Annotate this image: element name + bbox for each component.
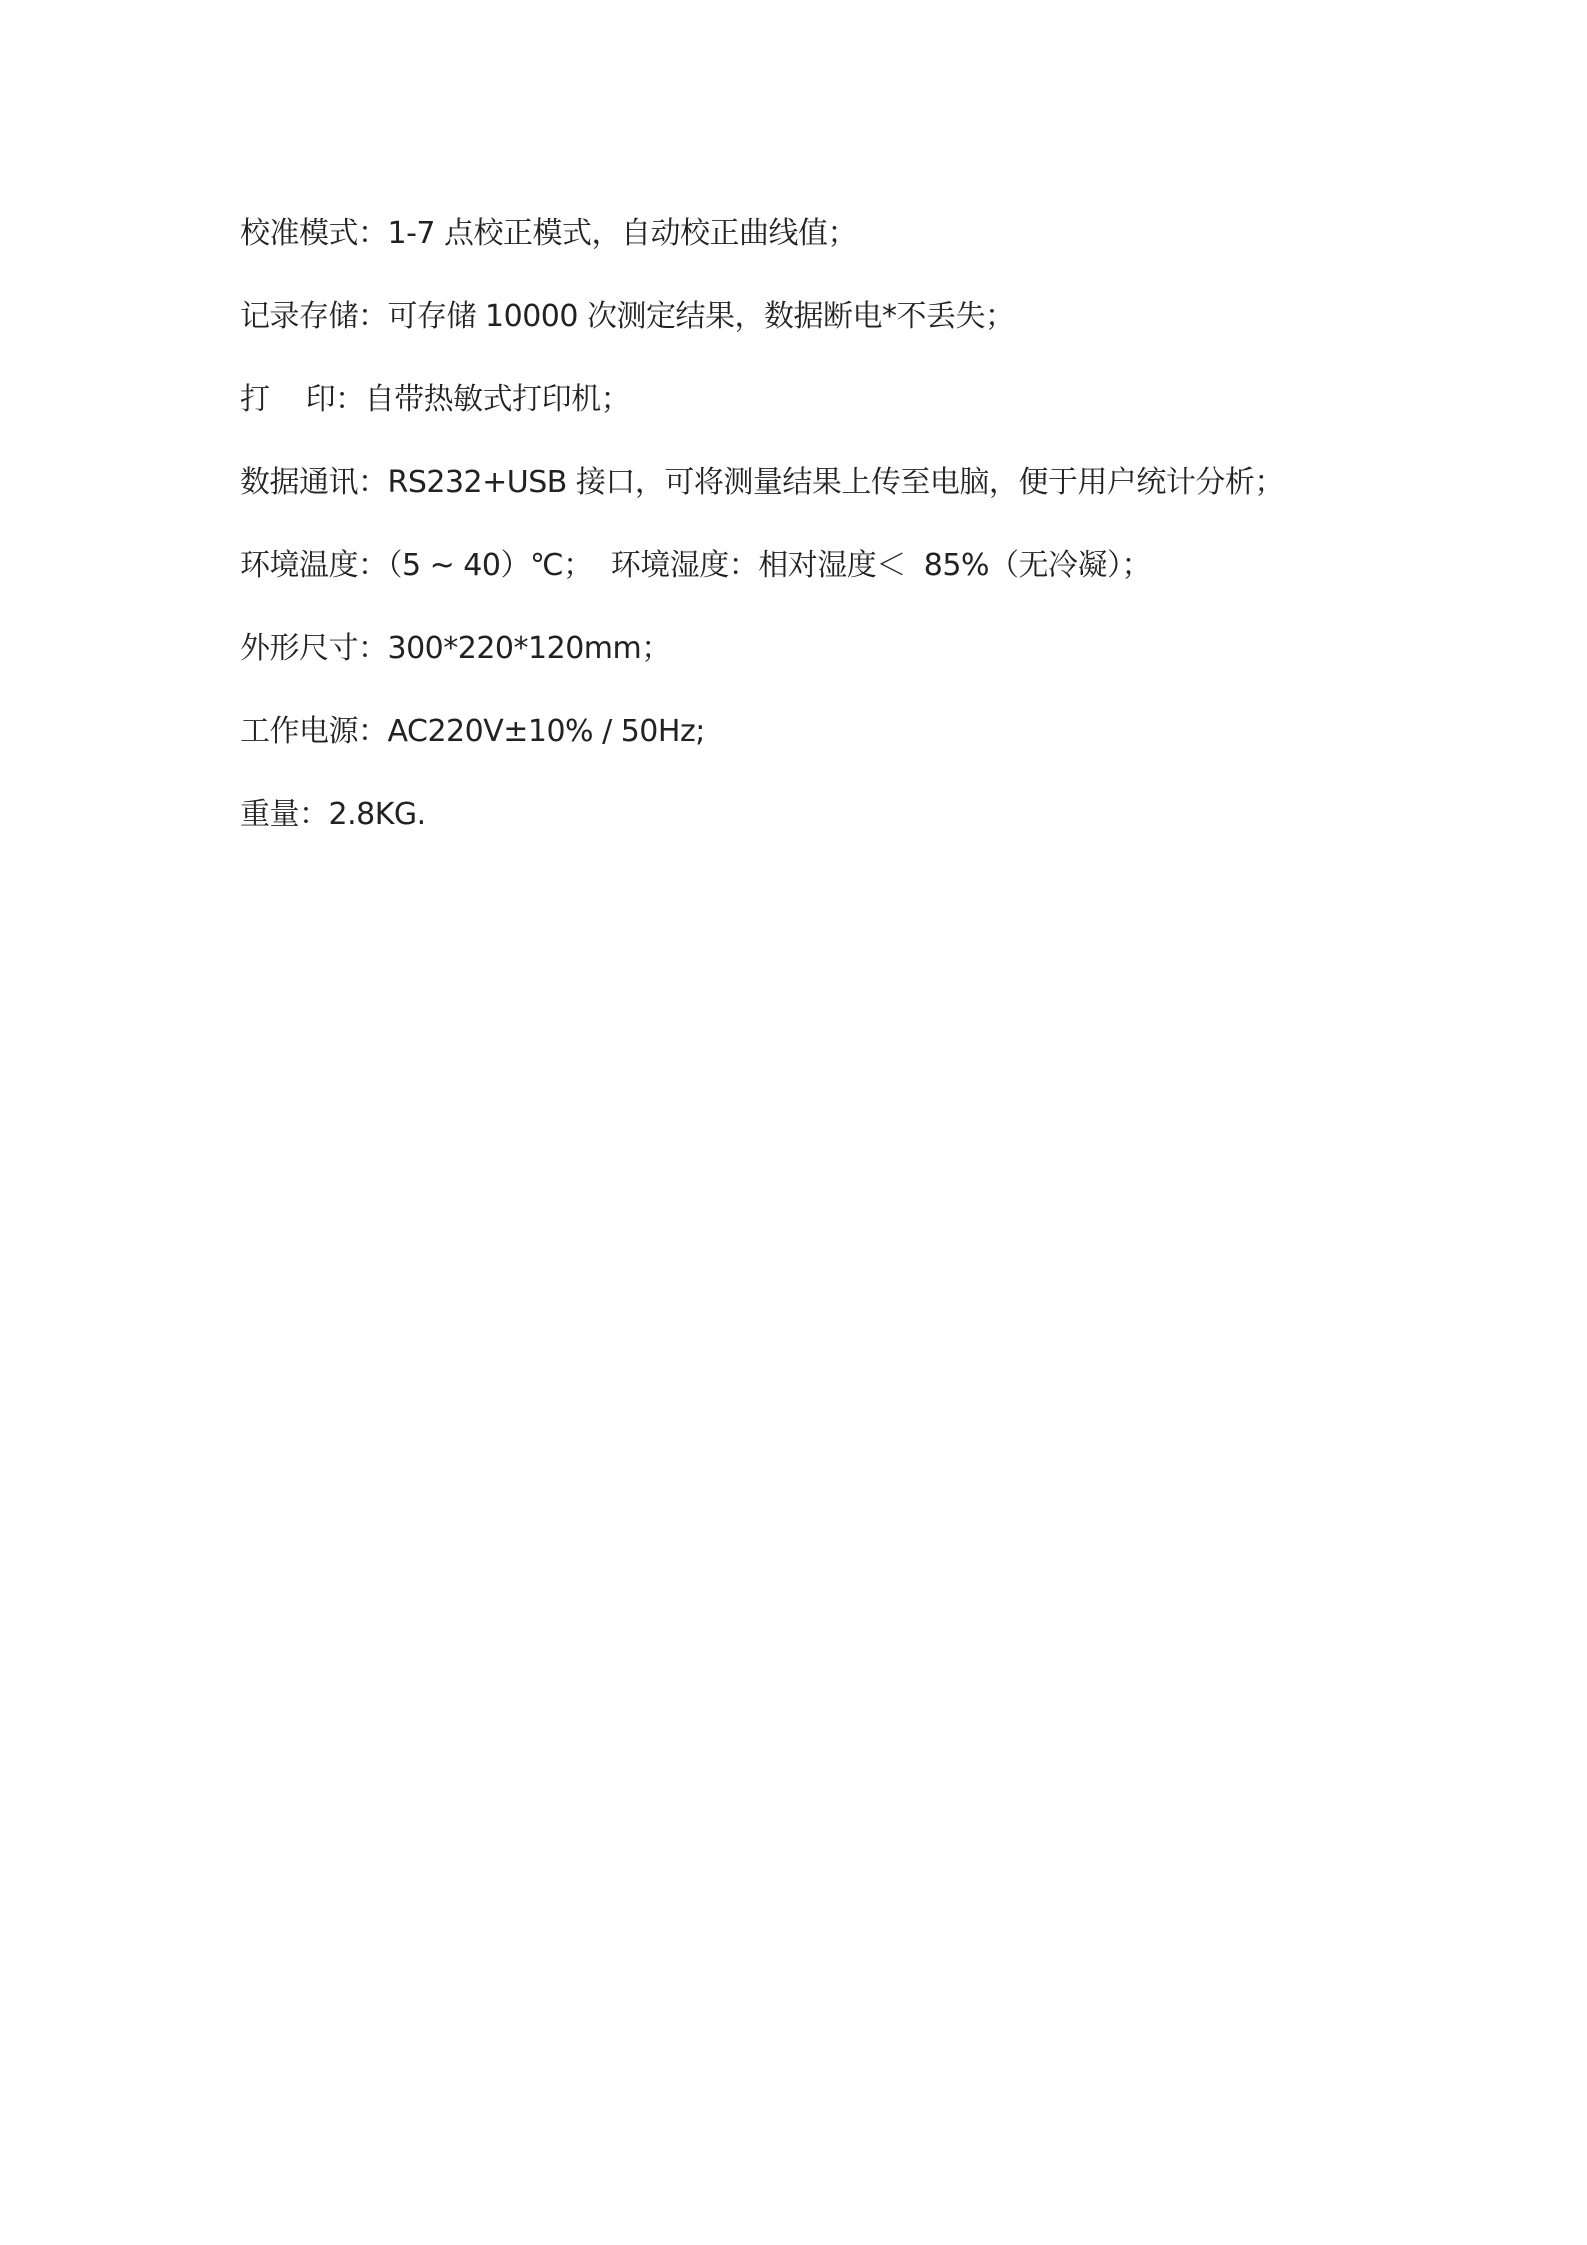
spec-weight: 重量：2.8KG. (240, 793, 1360, 876)
spec-data-communication: 数据通讯：RS232+USB 接口，可将测量结果上传至电脑，便于用户统计分析； (240, 461, 1360, 544)
spec-power-supply: 工作电源：AC220V±10% / 50Hz; (240, 710, 1360, 793)
spec-dimensions: 外形尺寸：300*220*120mm； (240, 627, 1360, 710)
spec-environment: 环境温度：（5 ~ 40）℃； 环境湿度：相对湿度＜ 85%（无冷凝）； (240, 544, 1360, 627)
document-page: 校准模式：1-7 点校正模式，自动校正曲线值； 记录存储：可存储 10000 次… (240, 212, 1360, 876)
spec-calibration-mode: 校准模式：1-7 点校正模式，自动校正曲线值； (240, 212, 1360, 295)
spec-printer: 打 印：自带热敏式打印机； (240, 378, 1360, 461)
spec-record-storage: 记录存储：可存储 10000 次测定结果，数据断电*不丢失； (240, 295, 1360, 378)
